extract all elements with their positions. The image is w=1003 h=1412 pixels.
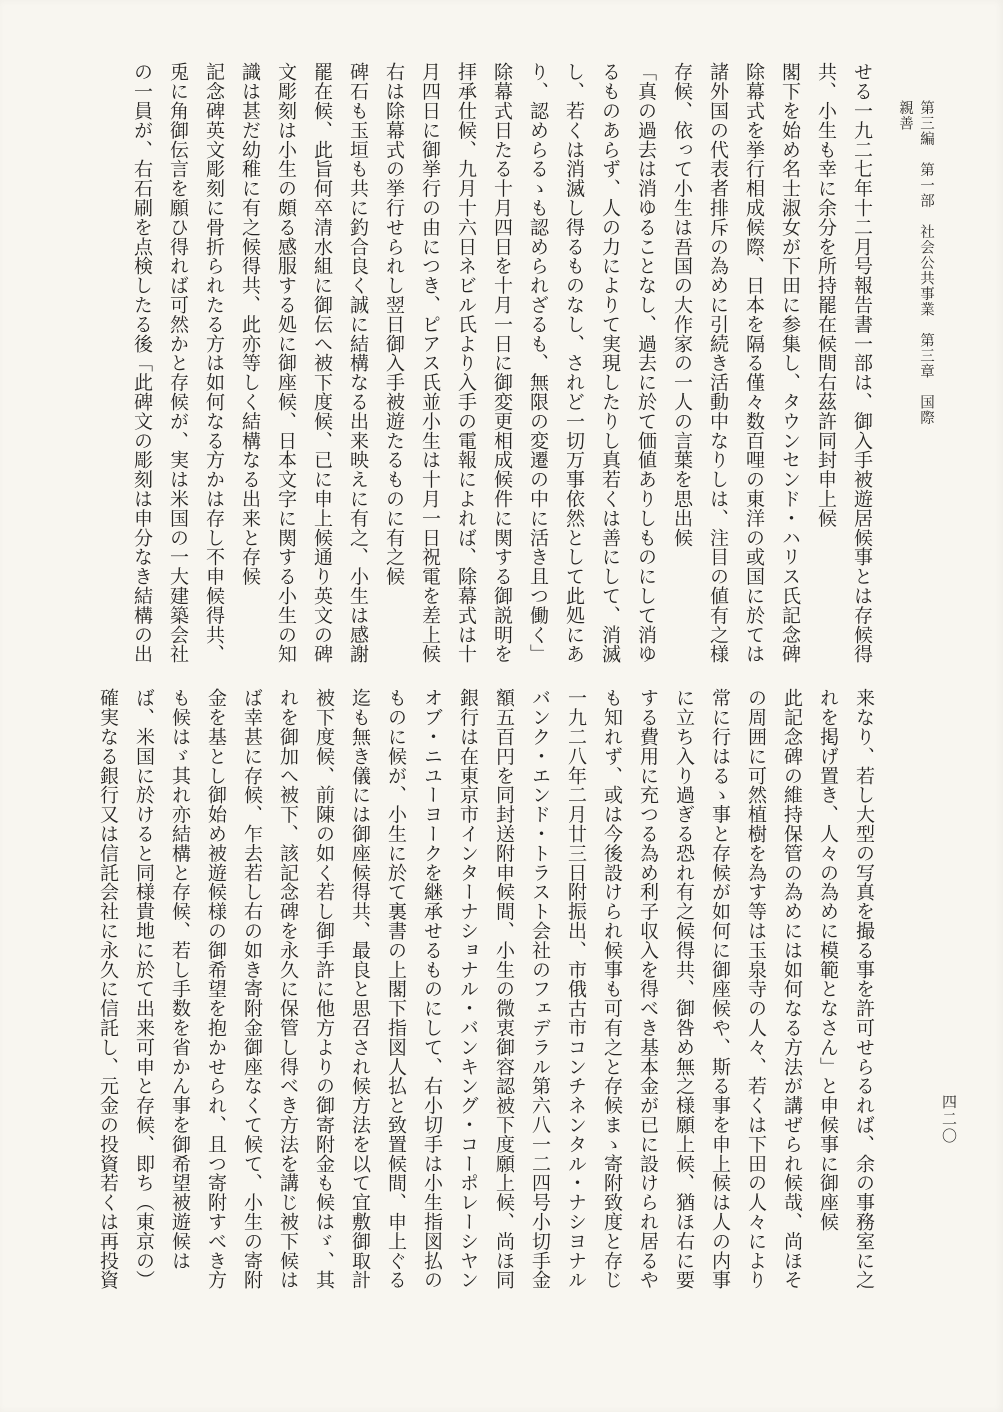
paragraph: 碑石も玉垣も共に釣合良く誠に結構なる出来映えに有之、小生は感謝罷在候、此旨何卒清… — [231, 62, 375, 664]
paragraph: 此記念碑の維持保管の為めには如何なる方法が講ぜられ候哉、尚ほその周囲に可然植樹を… — [89, 688, 809, 1300]
letter-body-top-block: せる一九二七年十二月号報告書一部は、御入手被遊居候事とは存候得共、小生も幸に余分… — [123, 62, 879, 664]
paragraph: せる一九二七年十二月号報告書一部は、御入手被遊居候事とは存候得共、小生も幸に余分… — [807, 62, 879, 664]
section-header: 第三編 第一部 社会公共事業 第三章 国際親善 — [895, 100, 937, 440]
paragraph: 来なり、若し大型の写真を撮る事を許可せらるれば、余の事務室に之れを掲げ置き、人々… — [809, 688, 881, 1300]
paragraph: 右は除幕式の挙行せられし翌日御入手被遊たるものに有之候 — [375, 62, 411, 664]
paragraph-quote: 「真の過去は消ゆることなし、過去に於て価値ありしものにして消ゆるものあらず、人の… — [519, 62, 663, 664]
page-number: 四二〇 — [938, 1094, 959, 1145]
paragraph: 除幕式日たる十月四日を十月一日に御変更相成候件に関する御説明を拝承仕候、九月十六… — [411, 62, 519, 664]
paragraph: 記念碑英文彫刻に骨折られたる方は如何なる方かは存し不申候得共、兎に角御伝言を願ひ… — [123, 62, 231, 664]
paragraph: 閣下を始め名士淑女が下田に参集し、タウンセンド・ハリス氏記念碑除幕式を挙行相成候… — [663, 62, 807, 664]
document-page: 第三編 第一部 社会公共事業 第三章 国際親善 せる一九二七年十二月号報告書一部… — [0, 0, 1003, 1412]
letter-body-bottom-block: 来なり、若し大型の写真を撮る事を許可せらるれば、余の事務室に之れを掲げ置き、人々… — [89, 688, 881, 1300]
